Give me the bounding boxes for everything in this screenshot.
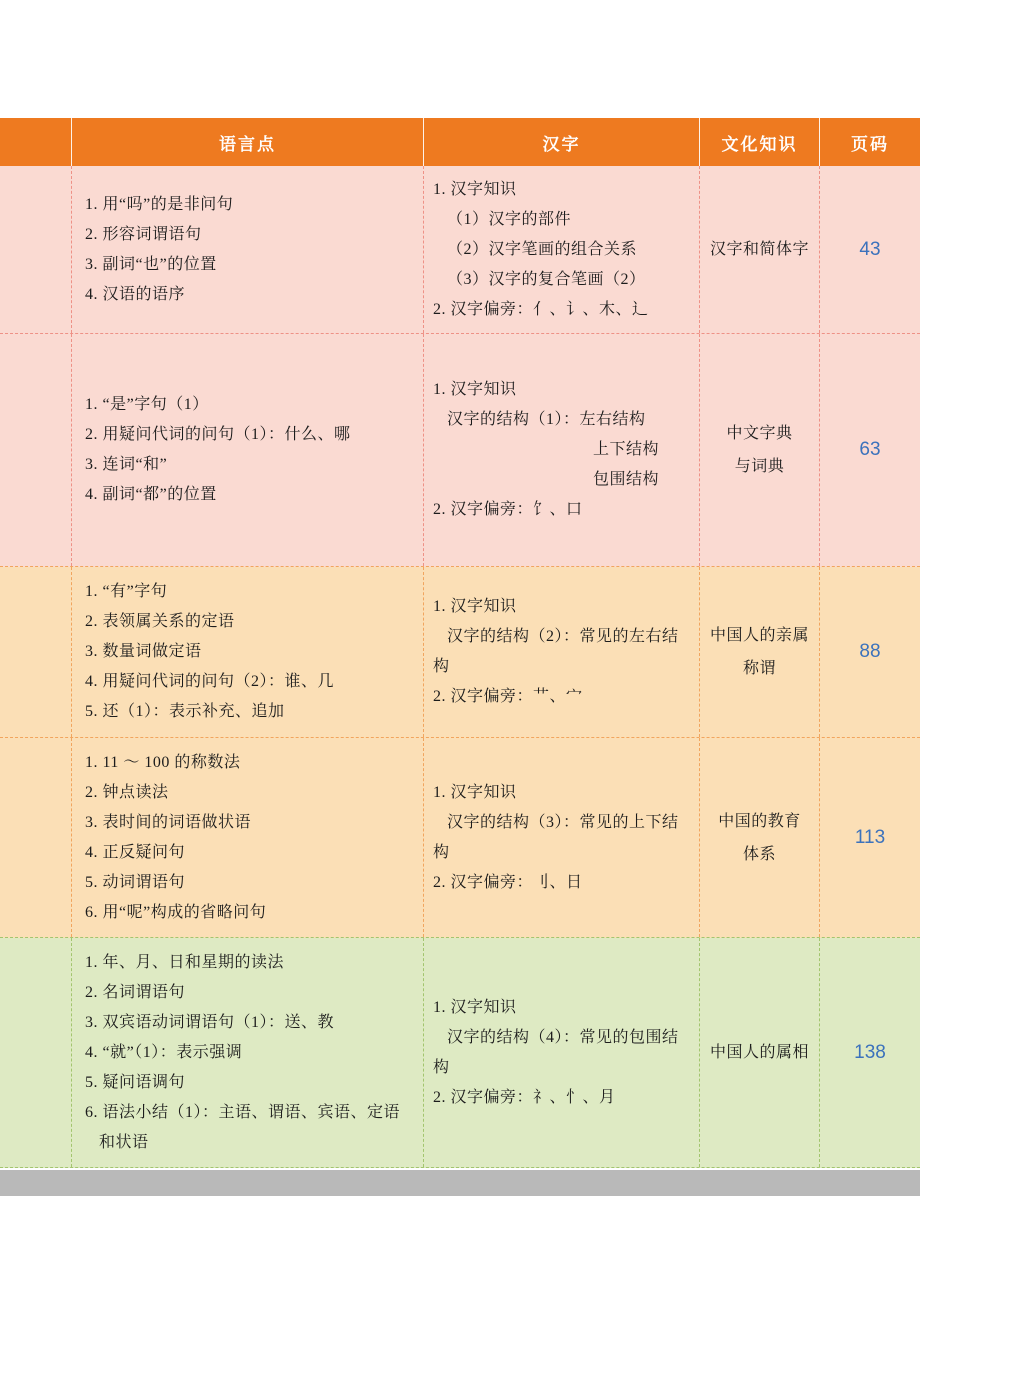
text-line: 2. 用疑问代词的问句（1）：什么、哪 <box>85 420 419 450</box>
text-line: 2. 汉字偏旁：礻、忄、月 <box>433 1083 697 1113</box>
text-line: 2. 名词谓语句 <box>85 978 419 1008</box>
toc-table: 语言点汉字文化知识页码 1. 用“吗”的是非问句2. 形容词谓语句3. 副词“也… <box>0 118 920 1196</box>
cell-spacer <box>0 166 72 333</box>
cell-spacer <box>0 334 72 566</box>
text-line: 4. “就”（1）：表示强调 <box>85 1038 419 1068</box>
text-line: 1. 汉字知识 <box>433 993 697 1023</box>
text-line: 4. 正反疑问句 <box>85 838 419 868</box>
cell-culture-knowledge: 汉字和简体字 <box>700 166 820 333</box>
text-line: 1. “是”字句（1） <box>85 390 419 420</box>
text-line: 2. 汉字偏旁：亻、讠、木、辶 <box>433 295 697 325</box>
cell-hanzi: 1. 汉字知识汉字的结构（3）：常见的上下结构2. 汉字偏旁：刂、日 <box>424 738 700 937</box>
page-number: 88 <box>820 567 920 737</box>
cell-spacer <box>0 738 72 937</box>
table-body: 1. 用“吗”的是非问句2. 形容词谓语句3. 副词“也”的位置4. 汉语的语序… <box>0 166 920 1168</box>
cell-language-points: 1. 用“吗”的是非问句2. 形容词谓语句3. 副词“也”的位置4. 汉语的语序 <box>72 166 424 333</box>
page-number: 63 <box>820 334 920 566</box>
text-line: 5. 还（1）：表示补充、追加 <box>85 697 419 727</box>
table-row: 1. “是”字句（1）2. 用疑问代词的问句（1）：什么、哪3. 连词“和”4.… <box>0 334 920 567</box>
cell-language-points: 1. “是”字句（1）2. 用疑问代词的问句（1）：什么、哪3. 连词“和”4.… <box>72 334 424 566</box>
text-line: 6. 语法小结（1）：主语、谓语、宾语、定语 <box>85 1098 419 1128</box>
text-line: 2. 形容词谓语句 <box>85 220 419 250</box>
text-line: 中文字典 <box>726 417 792 450</box>
textbook-toc-page: 语言点汉字文化知识页码 1. 用“吗”的是非问句2. 形容词谓语句3. 副词“也… <box>0 0 1031 1400</box>
text-line: 1. 汉字知识 <box>433 175 697 205</box>
text-line: 包围结构 <box>433 465 697 495</box>
text-line: 6. 用“呢”构成的省略问句 <box>85 898 419 928</box>
cell-spacer <box>0 567 72 737</box>
page-number: 43 <box>820 166 920 333</box>
text-line: 1. 汉字知识 <box>433 592 697 622</box>
cell-spacer <box>0 938 72 1167</box>
text-line: 与词典 <box>735 450 785 483</box>
text-line: 2. 汉字偏旁：艹、宀 <box>433 682 697 712</box>
text-line: 3. 数量词做定语 <box>85 637 419 667</box>
text-line: 1. 11 ～ 100 的称数法 <box>85 748 419 778</box>
page-number: 138 <box>820 938 920 1167</box>
col-header-hanzi: 汉字 <box>424 118 700 166</box>
text-line: 中国人的亲属 <box>710 619 809 652</box>
text-line: 3. 表时间的词语做状语 <box>85 808 419 838</box>
text-line: 构 <box>433 652 697 682</box>
table-row: 1. 11 ～ 100 的称数法2. 钟点读法3. 表时间的词语做状语4. 正反… <box>0 738 920 938</box>
table-row: 1. “有”字句2. 表领属关系的定语3. 数量词做定语4. 用疑问代词的问句（… <box>0 567 920 738</box>
cell-language-points: 1. 年、月、日和星期的读法2. 名词谓语句3. 双宾语动词谓语句（1）：送、教… <box>72 938 424 1167</box>
text-line: （1）汉字的部件 <box>433 205 697 235</box>
table-row: 1. 用“吗”的是非问句2. 形容词谓语句3. 副词“也”的位置4. 汉语的语序… <box>0 166 920 334</box>
table-header: 语言点汉字文化知识页码 <box>0 118 920 166</box>
text-line: 5. 疑问语调句 <box>85 1068 419 1098</box>
text-line: 3. 连词“和” <box>85 450 419 480</box>
text-line: 4. 汉语的语序 <box>85 280 419 310</box>
text-line: 1. 用“吗”的是非问句 <box>85 190 419 220</box>
cell-culture-knowledge: 中文字典与词典 <box>700 334 820 566</box>
cell-culture-knowledge: 中国人的属相 <box>700 938 820 1167</box>
table-row: 1. 年、月、日和星期的读法2. 名词谓语句3. 双宾语动词谓语句（1）：送、教… <box>0 938 920 1168</box>
text-line: 称谓 <box>743 652 776 685</box>
text-line: 5. 动词谓语句 <box>85 868 419 898</box>
text-line: 构 <box>433 1053 697 1083</box>
text-line: 2. 表领属关系的定语 <box>85 607 419 637</box>
cell-hanzi: 1. 汉字知识汉字的结构（4）：常见的包围结构2. 汉字偏旁：礻、忄、月 <box>424 938 700 1167</box>
text-line: 1. 汉字知识 <box>433 375 697 405</box>
col-header-language-points: 语言点 <box>72 118 424 166</box>
text-line: 2. 钟点读法 <box>85 778 419 808</box>
text-line: 2. 汉字偏旁：饣、口 <box>433 495 697 525</box>
text-line: 1. “有”字句 <box>85 577 419 607</box>
col-header-spacer <box>0 118 72 166</box>
col-header-culture-knowledge: 文化知识 <box>700 118 820 166</box>
col-header-page-number: 页码 <box>820 118 920 166</box>
text-line: 和状语 <box>85 1128 419 1158</box>
page-number: 113 <box>820 738 920 937</box>
text-line: 汉字的结构（4）：常见的包围结 <box>433 1023 697 1053</box>
text-line: 中国的教育 <box>718 805 801 838</box>
cell-language-points: 1. “有”字句2. 表领属关系的定语3. 数量词做定语4. 用疑问代词的问句（… <box>72 567 424 737</box>
text-line: 4. 副词“都”的位置 <box>85 480 419 510</box>
bottom-gray-bar <box>0 1170 920 1196</box>
text-line: 2. 汉字偏旁：刂、日 <box>433 868 697 898</box>
cell-hanzi: 1. 汉字知识（1）汉字的部件（2）汉字笔画的组合关系（3）汉字的复合笔画（2）… <box>424 166 700 333</box>
text-line: 1. 年、月、日和星期的读法 <box>85 948 419 978</box>
text-line: 汉字的结构（2）：常见的左右结 <box>433 622 697 652</box>
cell-culture-knowledge: 中国的教育体系 <box>700 738 820 937</box>
text-line: 3. 副词“也”的位置 <box>85 250 419 280</box>
text-line: 汉字的结构（1）：左右结构 <box>433 405 697 435</box>
text-line: 体系 <box>743 838 776 871</box>
text-line: 上下结构 <box>433 435 697 465</box>
text-line: 中国人的属相 <box>710 1036 809 1069</box>
text-line: （3）汉字的复合笔画（2） <box>433 265 697 295</box>
text-line: 汉字的结构（3）：常见的上下结 <box>433 808 697 838</box>
cell-hanzi: 1. 汉字知识汉字的结构（2）：常见的左右结构2. 汉字偏旁：艹、宀 <box>424 567 700 737</box>
cell-language-points: 1. 11 ～ 100 的称数法2. 钟点读法3. 表时间的词语做状语4. 正反… <box>72 738 424 937</box>
cell-hanzi: 1. 汉字知识汉字的结构（1）：左右结构上下结构包围结构2. 汉字偏旁：饣、口 <box>424 334 700 566</box>
text-line: 1. 汉字知识 <box>433 778 697 808</box>
text-line: 4. 用疑问代词的问句（2）：谁、几 <box>85 667 419 697</box>
cell-culture-knowledge: 中国人的亲属称谓 <box>700 567 820 737</box>
text-line: 3. 双宾语动词谓语句（1）：送、教 <box>85 1008 419 1038</box>
text-line: 汉字和简体字 <box>710 233 809 266</box>
text-line: 构 <box>433 838 697 868</box>
text-line: （2）汉字笔画的组合关系 <box>433 235 697 265</box>
